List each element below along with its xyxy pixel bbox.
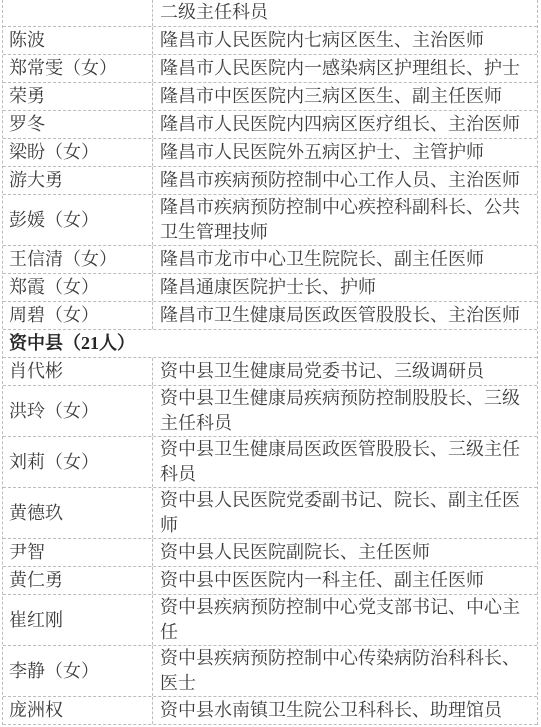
name-cell: 崔红刚 [3,595,152,645]
position-cell: 隆昌市疾病预防控制中心疾控科副科长、公共卫生管理技师 [152,195,537,245]
name-cell: 游大勇 [3,167,152,194]
name-cell: 肖代彬 [3,358,152,385]
table-row: 罗冬 隆昌市人民医院内四病区医疗组长、主治医师 [3,111,537,139]
table-row: 庞洲权 资中县水南镇卫生院公卫科科长、助理馆员 [3,697,537,725]
table-row-continuation: 二级主任科员 [3,0,537,27]
table-row: 黄仁勇 资中县中医医院内一科主任、副主任医师 [3,567,537,595]
name-cell: 周碧（女） [3,302,152,329]
name-cell: 王信清（女） [3,246,152,273]
table-row: 游大勇 隆昌市疾病预防控制中心工作人员、主治医师 [3,167,537,195]
position-cell: 隆昌市人民医院内四病区医疗组长、主治医师 [152,111,537,138]
position-cell: 资中县人民医院党委副书记、院长、副主任医师 [152,488,537,538]
name-cell: 罗冬 [3,111,152,138]
table-row: 洪玲（女） 资中县卫生健康局疾病预防控制股股长、三级主任科员 [3,386,537,437]
table-row: 黄德玖 资中县人民医院党委副书记、院长、副主任医师 [3,488,537,539]
position-cell: 资中县卫生健康局医政医管股股长、三级主任科员 [152,437,537,487]
name-cell: 黄仁勇 [3,567,152,594]
position-cell: 资中县卫生健康局党委书记、三级调研员 [152,358,537,385]
position-cell: 资中县疾病预防控制中心党支部书记、中心主任 [152,595,537,645]
table-row: 崔红刚 资中县疾病预防控制中心党支部书记、中心主任 [3,595,537,646]
personnel-table: 二级主任科员 陈波 隆昌市人民医院内七病区医生、主治医师 郑常雯（女） 隆昌市人… [2,0,538,725]
position-cell: 隆昌市疾病预防控制中心工作人员、主治医师 [152,167,537,194]
document-page: 二级主任科员 陈波 隆昌市人民医院内七病区医生、主治医师 郑常雯（女） 隆昌市人… [0,0,541,727]
position-cell: 资中县中医医院内一科主任、副主任医师 [152,567,537,594]
position-cell: 资中县疾病预防控制中心传染病防治科科长、医士 [152,646,537,696]
name-cell: 尹智 [3,539,152,566]
name-cell: 郑霞（女） [3,274,152,301]
position-cell: 隆昌市人民医院外五病区护士、主管护师 [152,139,537,166]
table-row: 陈波 隆昌市人民医院内七病区医生、主治医师 [3,27,537,55]
section-header-row: 资中县（21人） [3,330,537,358]
name-cell: 洪玲（女） [3,386,152,436]
table-row: 李静（女） 资中县疾病预防控制中心传染病防治科科长、医士 [3,646,537,697]
table-row: 刘莉（女） 资中县卫生健康局医政医管股股长、三级主任科员 [3,437,537,488]
name-cell: 梁盼（女） [3,139,152,166]
position-cell: 隆昌市卫生健康局医政医管股股长、主治医师 [152,302,537,329]
position-cell: 隆昌市人民医院内七病区医生、主治医师 [152,27,537,54]
table-row: 郑常雯（女） 隆昌市人民医院内一感染病区护理组长、护士 [3,55,537,83]
name-cell: 郑常雯（女） [3,55,152,82]
table-row: 周碧（女） 隆昌市卫生健康局医政医管股股长、主治医师 [3,302,537,330]
table-row: 肖代彬 资中县卫生健康局党委书记、三级调研员 [3,358,537,386]
name-cell: 荣勇 [3,83,152,110]
position-cell: 资中县水南镇卫生院公卫科科长、助理馆员 [152,697,537,724]
position-cell: 资中县卫生健康局疾病预防控制股股长、三级主任科员 [152,386,537,436]
name-cell: 陈波 [3,27,152,54]
position-cell: 隆昌市龙市中心卫生院院长、副主任医师 [152,246,537,273]
table-row: 梁盼（女） 隆昌市人民医院外五病区护士、主管护师 [3,139,537,167]
position-cell: 隆昌通康医院护士长、护师 [152,274,537,301]
section-header-label: 资中县（21人） [3,330,537,357]
table-row: 荣勇 隆昌市中医医院内三病区医生、副主任医师 [3,83,537,111]
name-cell: 李静（女） [3,646,152,696]
table-row: 郑霞（女） 隆昌通康医院护士长、护师 [3,274,537,302]
name-cell: 刘莉（女） [3,437,152,487]
name-cell: 庞洲权 [3,697,152,724]
position-cell: 隆昌市人民医院内一感染病区护理组长、护士 [152,55,537,82]
name-cell [3,0,152,26]
table-row: 王信清（女） 隆昌市龙市中心卫生院院长、副主任医师 [3,246,537,274]
position-cell: 资中县人民医院副院长、主任医师 [152,539,537,566]
name-cell: 黄德玖 [3,488,152,538]
table-row: 尹智 资中县人民医院副院长、主任医师 [3,539,537,567]
table-row: 彭媛（女） 隆昌市疾病预防控制中心疾控科副科长、公共卫生管理技师 [3,195,537,246]
name-cell: 彭媛（女） [3,195,152,245]
position-cell: 隆昌市中医医院内三病区医生、副主任医师 [152,83,537,110]
position-cell: 二级主任科员 [152,0,537,26]
